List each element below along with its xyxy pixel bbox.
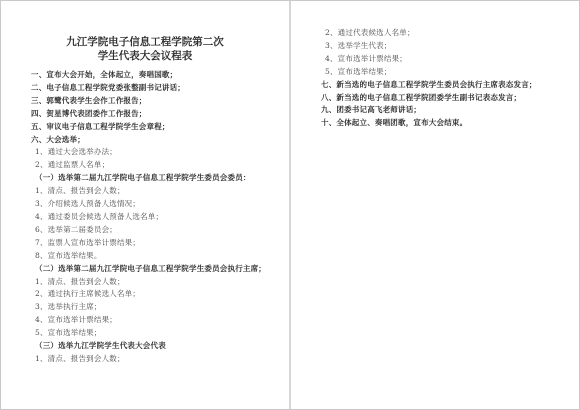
agenda-line: 1、清点、报告到会人数； [35,185,275,198]
agenda-line: 六、大会选举； [31,134,275,147]
agenda-line: 8、宣布选举结果。 [35,250,275,263]
agenda-line: 八、新当选的电子信息工程学院团委学生副书记表态发言； [321,92,565,105]
agenda-line: 6、选举第二届委员会； [35,224,275,237]
document-title-line1: 九江学院电子信息工程学院第二次 [1,35,289,49]
agenda-line: 1、清点、报告到会人数； [35,276,275,289]
agenda-line: 三、郭鹭代表学生会作工作报告； [31,95,275,108]
agenda-line: 1、通过大会选举办法； [35,146,275,159]
agenda-line: 四、贺星博代表团委作工作报告； [31,108,275,121]
agenda-line: 7、监票人宣布选举计票结果； [35,237,275,250]
document-title: 九江学院电子信息工程学院第二次 学生代表大会议程表 [1,35,289,63]
agenda-line: 2、通过监票人名单； [35,159,275,172]
agenda-line: 3、介绍候选人预备人选情况； [35,198,275,211]
agenda-line: 4、宣布选举计票结果； [35,314,275,327]
agenda-line: 七、新当选的电子信息工程学院学生委员会执行主席表态发言； [321,79,565,92]
agenda-line: 4、宣布选举计票结果； [325,53,565,66]
agenda-line: （三）选举九江学院学生代表大会代表 [23,340,275,353]
agenda-line: 1、清点、报告到会人数； [35,353,275,366]
agenda-line: 九、团委书记高飞老师讲话； [321,104,565,117]
page-1: 九江学院电子信息工程学院第二次 学生代表大会议程表 一、宣布大会开始，全体起立，… [1,1,290,409]
page-2: 2、通过代表候选人名单；3、选举学生代表；4、宣布选举计票结果；5、宣布选举结果… [290,1,579,409]
agenda-line: 2、通过代表候选人名单； [325,27,565,40]
agenda-line: 5、宣布选举结果； [35,327,275,340]
document-canvas: 九江学院电子信息工程学院第二次 学生代表大会议程表 一、宣布大会开始，全体起立，… [0,0,580,410]
agenda-line: 十、全体起立、奏唱团歌，宣布大会结束。 [321,117,565,130]
agenda-line: （二）选举第二届九江学院电子信息工程学院学生委员会执行主席； [23,263,275,276]
page-2-lines: 2、通过代表候选人名单；3、选举学生代表；4、宣布选举计票结果；5、宣布选举结果… [291,27,579,130]
agenda-line: 五、审议电子信息工程学院学生会章程； [31,121,275,134]
agenda-line: 2、通过执行主席候选人名单； [35,288,275,301]
agenda-line: （一）选举第二届九江学院电子信息工程学院学生委员会委员： [23,172,275,185]
agenda-line: 3、选举执行主席； [35,301,275,314]
agenda-line: 一、宣布大会开始，全体起立，奏唱国歌； [31,69,275,82]
agenda-line: 4、通过委员会候选人预备人选名单； [35,211,275,224]
document-title-line2: 学生代表大会议程表 [1,49,289,63]
page-1-lines: 一、宣布大会开始，全体起立，奏唱国歌；二、电子信息工程学院党委张整副书记讲话；三… [1,69,289,366]
agenda-line: 二、电子信息工程学院党委张整副书记讲话； [31,82,275,95]
agenda-line: 3、选举学生代表； [325,40,565,53]
agenda-line: 5、宣布选举结果； [325,66,565,79]
